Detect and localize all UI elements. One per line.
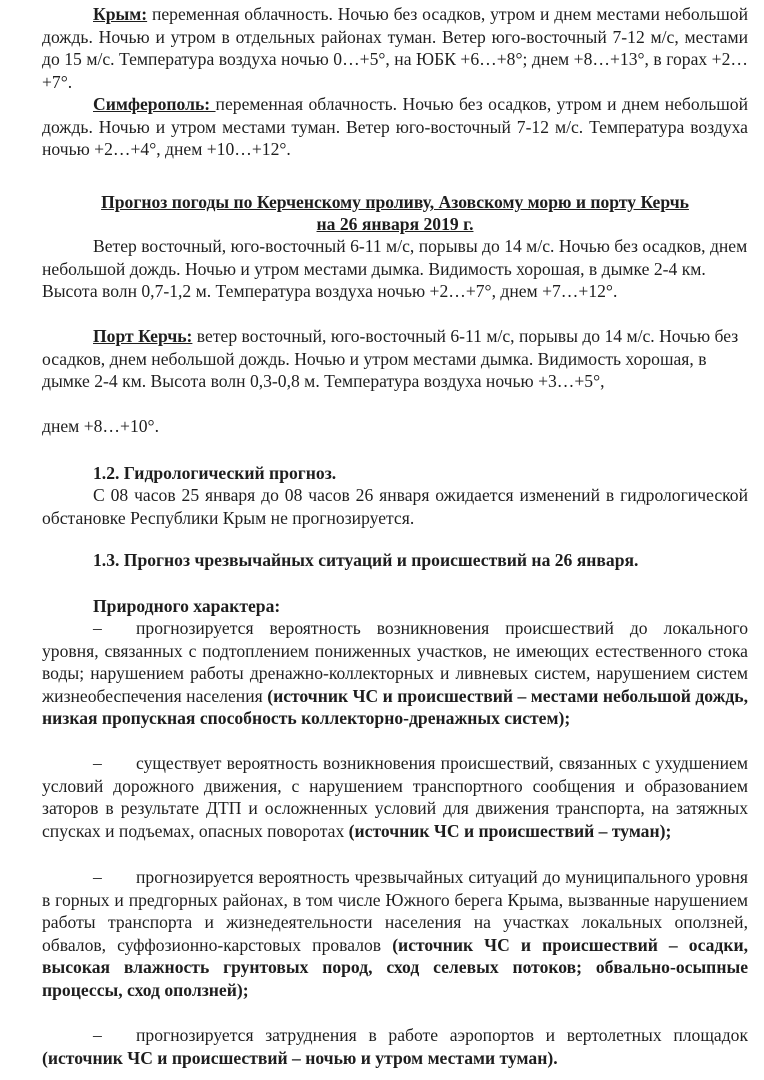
dash-marker: –	[93, 866, 136, 889]
hydro-text: С 08 часов 25 января до 08 часов 26 янва…	[42, 484, 748, 529]
emergency-heading: 1.3. Прогноз чрезвычайных ситуаций и про…	[93, 549, 764, 571]
natural-subheading: Природного характера:	[93, 595, 764, 617]
simferopol-label: Симферополь:	[93, 94, 216, 114]
emergency-item-1: –прогнозируется вероятность возникновени…	[42, 617, 748, 730]
item-source: (источник ЧС и происшествий – туман);	[349, 821, 672, 841]
emergency-item-4: –прогнозируется затруднения в работе аэр…	[42, 1024, 748, 1069]
port-kerch-last-line: днем +8…+10°.	[42, 415, 748, 438]
document-page: Крым: переменная облачность. Ночью без о…	[0, 0, 764, 1080]
dash-marker: –	[93, 752, 136, 775]
crimea-label: Крым:	[93, 4, 147, 24]
kerch-forecast-text: Ветер восточный, юго-восточный 6-11 м/с,…	[42, 235, 748, 303]
crimea-forecast: Крым: переменная облачность. Ночью без о…	[42, 3, 748, 93]
dash-marker: –	[93, 617, 136, 640]
item-source: (источник ЧС и происшествий – ночью и ут…	[42, 1048, 558, 1068]
crimea-text: переменная облачность. Ночью без осадков…	[42, 4, 748, 92]
hydro-heading: 1.2. Гидрологический прогноз.	[93, 462, 764, 484]
port-kerch-forecast: Порт Керчь: ветер восточный, юго-восточн…	[42, 325, 748, 393]
item-text: прогнозируется затруднения в работе аэро…	[136, 1025, 748, 1045]
kerch-title-line1: Прогноз погоды по Керченскому проливу, А…	[42, 191, 748, 213]
simferopol-forecast: Симферополь: переменная облачность. Ночь…	[42, 93, 748, 161]
dash-marker: –	[93, 1024, 136, 1047]
port-kerch-label: Порт Керчь:	[93, 326, 192, 346]
kerch-title-line2: на 26 января 2019 г.	[42, 213, 748, 235]
emergency-item-3: –прогнозируется вероятность чрезвычайных…	[42, 866, 748, 1001]
emergency-item-2: –существует вероятность возникновения пр…	[42, 752, 748, 842]
